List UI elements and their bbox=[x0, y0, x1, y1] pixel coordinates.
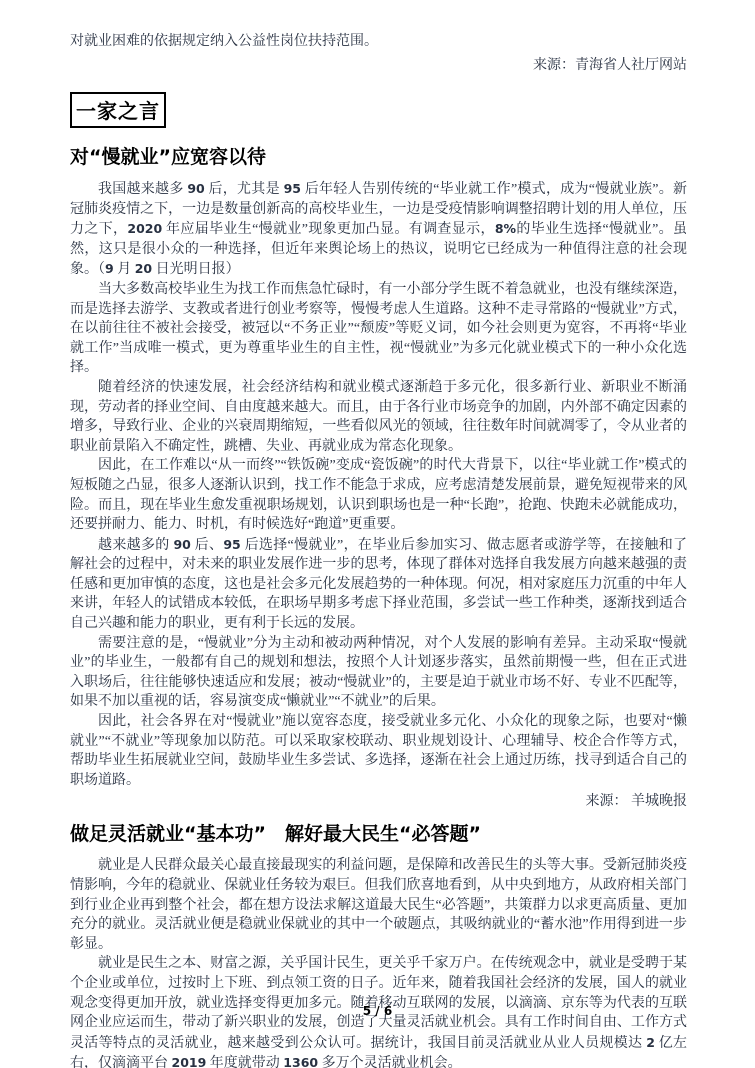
text-run: 需要注意的是，“慢就业”分为主动和被动两种情况，对个人发展的影响有差异。主动采取… bbox=[70, 636, 687, 710]
paragraph: 我国越来越多 90 后，尤其是 95 后年轻人告别传统的“毕业就工作”模式，成为… bbox=[70, 179, 687, 280]
bold-number: 90 bbox=[187, 181, 204, 196]
text-run: 月 bbox=[114, 262, 135, 277]
paragraph: 就业是人民群众最关心最直接最现实的利益问题，是保障和改善民生的头等大事。受新冠肺… bbox=[70, 856, 687, 954]
paragraph: 需要注意的是，“慢就业”分为主动和被动两种情况，对个人发展的影响有差异。主动采取… bbox=[70, 634, 687, 712]
text-run: 年应届毕业生“慢就业”现象更加凸显。有调查显示， bbox=[162, 222, 495, 237]
intro-source-line: 来源：青海省人社厅网站 bbox=[70, 56, 687, 76]
bold-number: 20 bbox=[135, 261, 152, 276]
bold-number: 95 bbox=[223, 537, 240, 552]
article-title: 对“慢就业”应宽容以待 bbox=[70, 145, 687, 169]
paragraph: 随着经济的快速发展，社会经济结构和就业模式逐渐趋于多元化，很多新行业、新职业不断… bbox=[70, 378, 687, 456]
article: 做足灵活就业“基本功” 解好最大民生“必答题”就业是人民群众最关心最直接最现实的… bbox=[70, 822, 687, 1068]
intro-paragraph: 对就业困难的依据规定纳入公益性岗位扶持范围。 bbox=[70, 32, 687, 52]
paragraph: 因此，社会各界在对“慢就业”施以宽容态度，接受就业多元化、小众化的现象之际，也要… bbox=[70, 712, 687, 790]
bold-number: 2020 bbox=[127, 221, 162, 236]
page-content: 对就业困难的依据规定纳入公益性岗位扶持范围。 来源：青海省人社厅网站 一家之言 … bbox=[0, 0, 755, 1068]
page-number: 5 / 6 bbox=[0, 1004, 755, 1018]
text-run: 就业是人民群众最关心最直接最现实的利益问题，是保障和改善民生的头等大事。受新冠肺… bbox=[70, 858, 687, 951]
bold-number: 1360 bbox=[283, 1055, 318, 1068]
bold-number: 2019 bbox=[172, 1055, 207, 1068]
bold-number: 8% bbox=[495, 221, 516, 236]
text-run: 随着经济的快速发展，社会经济结构和就业模式逐渐趋于多元化，很多新行业、新职业不断… bbox=[70, 380, 687, 454]
section-badge: 一家之言 bbox=[70, 92, 166, 128]
section-badge-row: 一家之言 bbox=[70, 92, 687, 128]
text-run: 越来越多的 bbox=[98, 538, 173, 553]
text-run: 年度就带动 bbox=[206, 1056, 283, 1068]
text-run: 当大多数高校毕业生为找工作而焦急忙碌时，有一小部分学生既不着急就业，也没有继续深… bbox=[70, 282, 687, 375]
articles-container: 对“慢就业”应宽容以待我国越来越多 90 后，尤其是 95 后年轻人告别传统的“… bbox=[70, 145, 687, 1068]
article-title: 做足灵活就业“基本功” 解好最大民生“必答题” bbox=[70, 822, 687, 846]
bold-number: 2 bbox=[646, 1035, 655, 1050]
text-run: 日光明日报） bbox=[152, 262, 240, 277]
bold-number: 90 bbox=[173, 537, 190, 552]
document-page: 对就业困难的依据规定纳入公益性岗位扶持范围。 来源：青海省人社厅网站 一家之言 … bbox=[0, 0, 755, 1068]
bold-number: 9 bbox=[105, 261, 114, 276]
text-run: 后、 bbox=[191, 538, 223, 553]
paragraph: 当大多数高校毕业生为找工作而焦急忙碌时，有一小部分学生既不着急就业，也没有继续深… bbox=[70, 280, 687, 378]
text-run: 后，尤其是 bbox=[205, 182, 284, 197]
article: 对“慢就业”应宽容以待我国越来越多 90 后，尤其是 95 后年轻人告别传统的“… bbox=[70, 145, 687, 812]
article-source-line: 来源： 羊城晚报 bbox=[70, 792, 687, 812]
paragraph: 因此，在工作难以“从一而终”“铁饭碗”变成“瓷饭碗”的时代大背景下，以往“毕业就… bbox=[70, 456, 687, 534]
text-run: 因此，在工作难以“从一而终”“铁饭碗”变成“瓷饭碗”的时代大背景下，以往“毕业就… bbox=[70, 458, 687, 532]
text-run: 多万个灵活就业机会。 bbox=[318, 1056, 462, 1068]
text-run: 我国越来越多 bbox=[98, 182, 187, 197]
paragraph: 越来越多的 90 后、95 后选择“慢就业”，在毕业后参加实习、做志愿者或游学等… bbox=[70, 535, 687, 634]
bold-number: 95 bbox=[284, 181, 301, 196]
text-run: 因此，社会各界在对“慢就业”施以宽容态度，接受就业多元化、小众化的现象之际，也要… bbox=[70, 714, 687, 788]
